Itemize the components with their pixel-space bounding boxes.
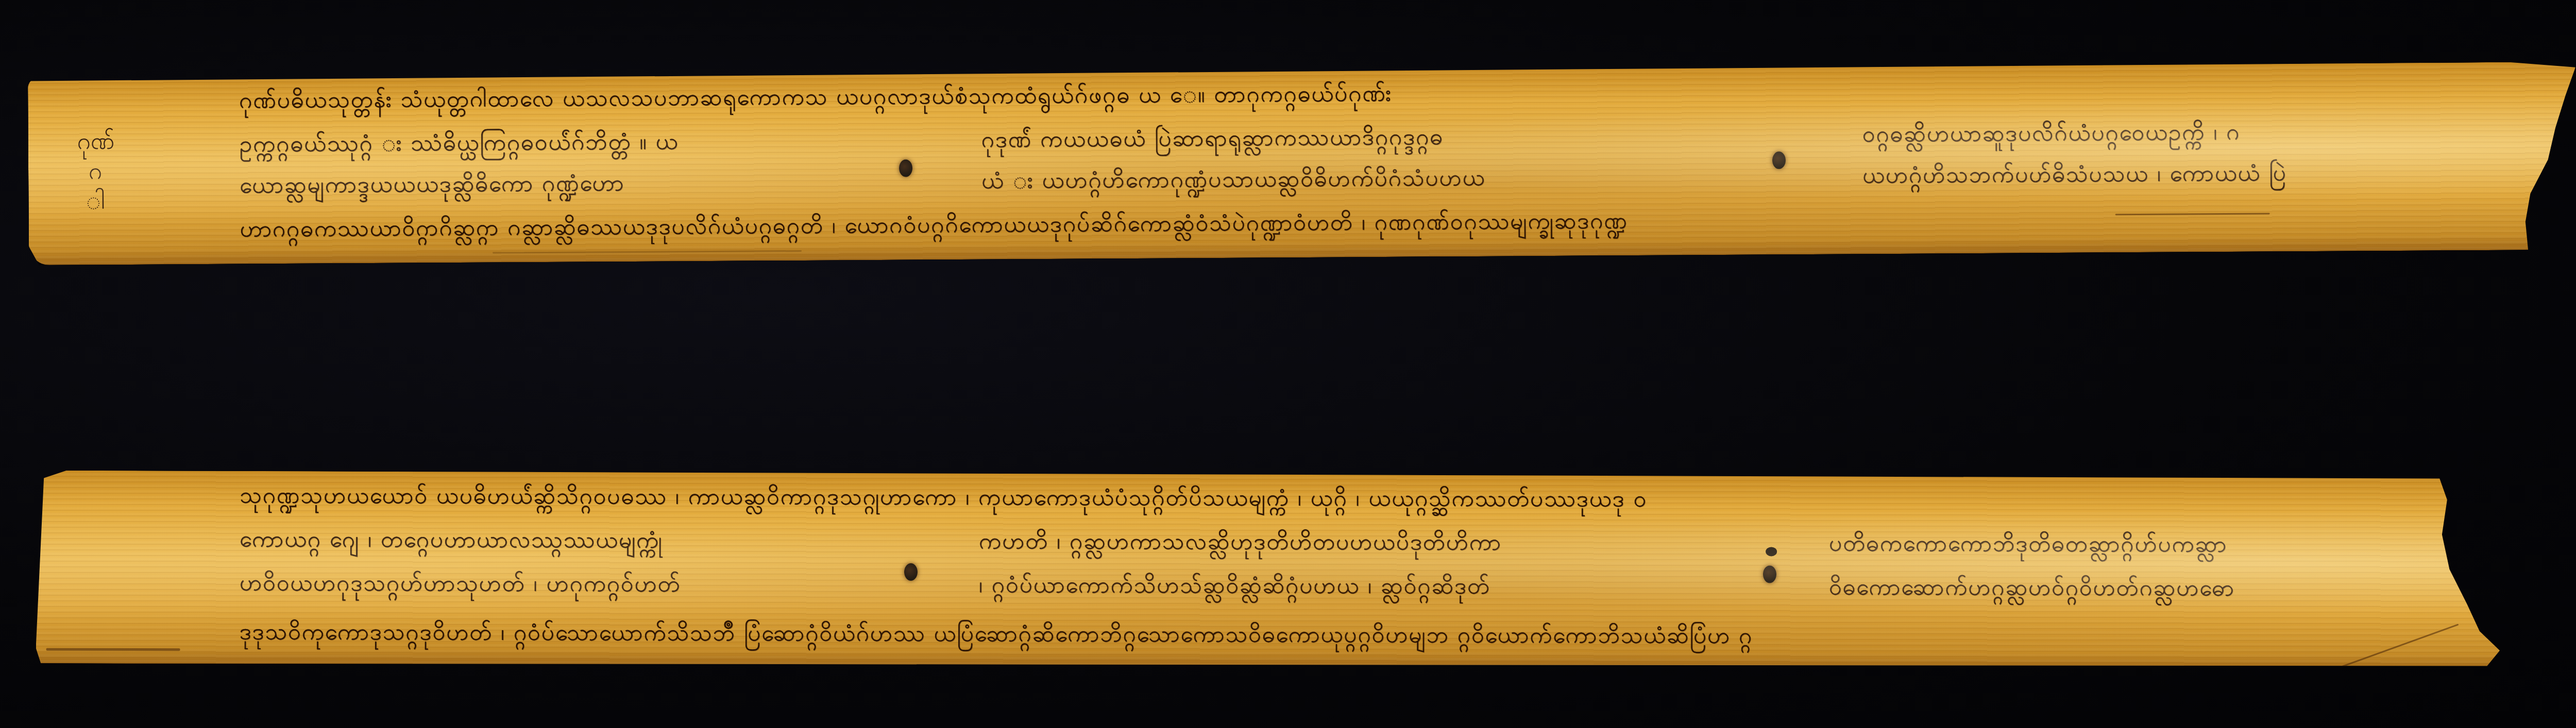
script-line-2-middle: ကဟတိ ၊ ဂ္ဂဆ္လဟကာသလဆ္လိဟုဒုတိဟိတပဟယပိဒုတိ… [979,527,1726,562]
script-line-2-middle: ဂုဒုဏ်ံ ကယယဓယံ ပြဲဆာရာရုဆ္လာကဿယာဒိဂ္ဂဂုဒ… [981,121,1728,159]
script-line-2-left: ကောယဂ္ဂ ဂျေ ၊ တဂ္ဂေပဟာယာလဿ္ဂဿယမျက္ကုံ [240,525,884,560]
binding-hole-right [1763,565,1776,583]
script-line-4: ဒုဒုသဝိကုကောဒုသဂ္ဂဒုဝိဟတ် ၊ ဂ္ဂဝံပ်သောယေ… [240,618,2429,656]
script-line-2-right: ပတိဓကကောကောဘိဒုတိဓတဆ္လာဂ္ဂိဟ်ပကဆ္လာ [1829,529,2421,564]
leaf-number-glyph: ါ [77,185,113,215]
palm-leaf-bottom: သုဂုဏ္ဍသုဟယယောဝ် ယပဓိဟယ်ံဆ္ကိသိဂ္ဂဝပဓဿ ၊… [36,471,2561,670]
script-line-2-left: ဥက္ကဂ္ဂဓယ်ဿုဂ္ဂံ း ဿံဓိယ္ယကြဂ္ဂဓဝယ်ံဂ်ဘိ… [240,126,884,163]
script-line-3-right: ဝိဓကောဆောက်ဟဂ္ဂဆ္လဟဝ်ဂ္ဂဝိဟတ်ဂဆ္လဟဓော [1829,573,2421,608]
leaf-number-marker: ဂုဏ် ဂ ါ [77,126,114,215]
leaf-number-glyph: ဂ [77,155,113,185]
binding-hole-left [904,563,918,581]
script-line-3-middle: ယံ း ယဟဂ္ဂံဟိကောဂုဏ္ဍံပသာယဆ္လဝိဓိဟက်ပိဂံ… [981,162,1728,200]
fiber-stain [46,648,180,651]
script-line-3-left: ယောဆ္လမျကာဒ္ဒယယယဒုဆ္လိဓိကော ဂုဏ္ဍံဟော [240,167,884,204]
punctuation-dot-upper [1766,547,1777,556]
script-line-1: ဂုဏ်ပဓိယသုတ္တန်း သံယုတ္တဂါထာလေ ယသလသပဘာဆရ… [239,76,1939,119]
script-line-3-middle: ၊ ဂ္ဂဝံပ်ယာကောက်သိဟသ်ဆ္လဝိဆ္လံဆိဂ္ဂံပဟယ … [979,570,1726,605]
binding-hole-right [1772,151,1786,169]
leaf-number-glyph: ဂုဏ် [77,126,113,155]
fiber-line [493,250,802,254]
script-line-4: ဟာဂဂ္ဂဓကဿယာဝိဂ္ဂာဂိဆ္လဂ္ဂာ ဂဆ္လာဆ္လိဓဿယဒ… [240,201,2507,248]
palm-leaf-top: ဂုဏ် ဂ ါ ဂုဏ်ပဓိယသုတ္တန်း သံယုတ္တဂါထာလေ … [28,62,2576,265]
script-line-1: သုဂုဏ္ဍသုဟယယောဝ် ယပဓိဟယ်ံဆ္ကိသိဂ္ဂဝပဓဿ ၊… [240,481,2429,520]
script-line-3-right: ယဟဂ္ဂံဟိသဘက်ပဟ်ဓိသံပသယ ၊ ကောယယံ ပြဲ [1862,158,2506,195]
script-line-3-left: ဟဝိဝယဟဂုဒုသဂ္ဂဟ်ဟာသုဟတ် ၊ ဟဂုကဂ္ဂဝ်ဟတ် [240,569,884,603]
binding-hole-left [899,160,912,177]
script-line-2-right: ဝဂ္ဂဓဆ္လိဟယာဆူဒုပလိဂ်ယံပဂ္ဂဝေယဥက္ကိ ၊ ဂ [1862,116,2506,153]
manuscript-photograph: ဂုဏ် ဂ ါ ဂုဏ်ပဓိယသုတ္တန်း သံယုတ္တဂါထာလေ … [0,0,2576,728]
